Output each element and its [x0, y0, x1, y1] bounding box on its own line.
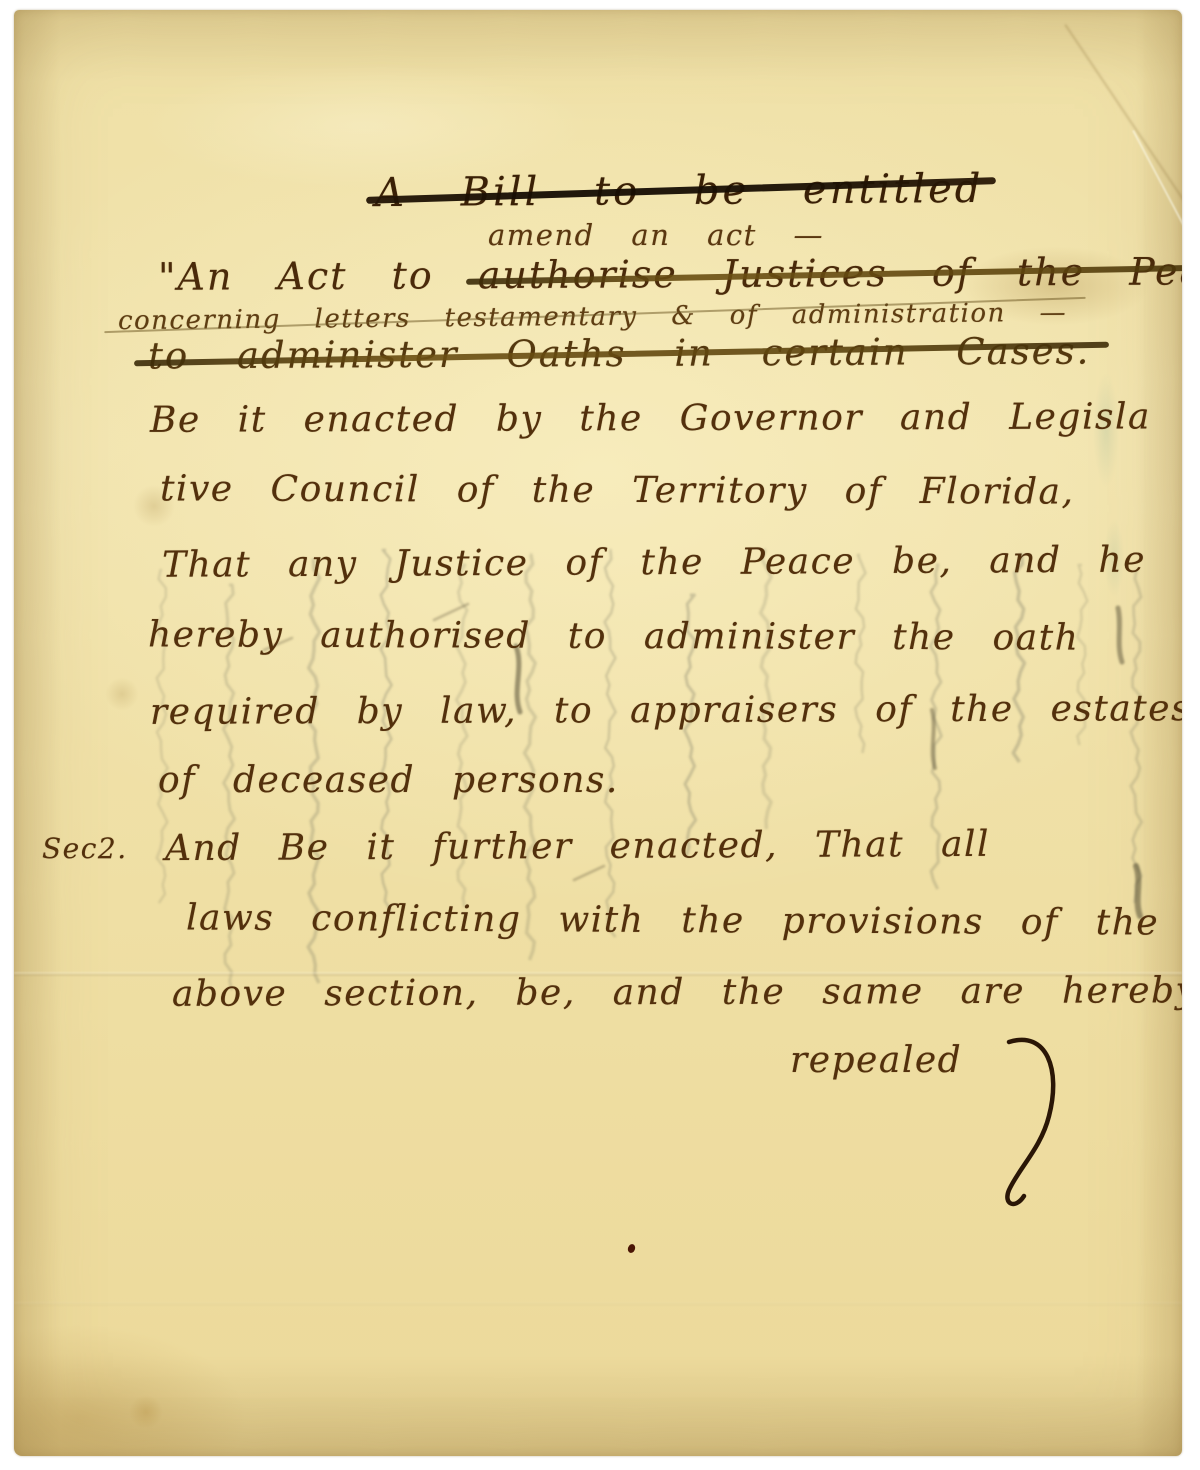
act-title-prefix: "An Act to	[158, 253, 478, 299]
body-line-1: Be it enacted by the Governor and Legisl…	[150, 396, 1182, 441]
section2-line-1: And Be it further enacted, That all	[165, 824, 990, 869]
section2-line-3: above section, be, and the same are here…	[172, 970, 1182, 1015]
paraph-flourish	[995, 1032, 1075, 1217]
section2-line-2: laws conflicting with the provisions of …	[186, 897, 1159, 943]
title-line: A Bill to be entitled	[375, 166, 984, 216]
repealed-word: repealed	[790, 1040, 962, 1081]
section2-label: Sec2.	[42, 832, 128, 865]
scanned-page: A Bill to be entitled amend an act — "An…	[14, 10, 1182, 1456]
ink-speck	[627, 1243, 637, 1254]
body-line-4: hereby authorised to administer the oath	[148, 614, 1079, 658]
body-line-6: of deceased persons.	[158, 760, 619, 801]
struck-oaths-text: to administer Oaths in certain Cases.	[148, 330, 1091, 378]
title-struck-text: A Bill to be entitled	[375, 166, 984, 216]
corner-crease-highlight	[1132, 130, 1182, 255]
corner-crease	[1064, 24, 1182, 220]
act-title-line: "An Act to authorise Justices of the Pea…	[158, 249, 1182, 299]
scan-background: { "page": { "background_color": "#ffffff…	[0, 0, 1200, 1470]
lower-fold-crease	[14, 1302, 1182, 1305]
act-title-struck-text: authorise Justices of the Peace	[478, 249, 1182, 297]
body-line-5: required by law, to appraisers of the es…	[150, 688, 1182, 733]
struck-oaths-line: to administer Oaths in certain Cases.	[148, 330, 1091, 378]
body-line-2: tive Council of the Territory of Florida…	[160, 468, 1075, 512]
interline-amendment: amend an act —	[488, 218, 824, 252]
body-line-3: That any Justice of the Peace be, and he…	[162, 539, 1182, 586]
